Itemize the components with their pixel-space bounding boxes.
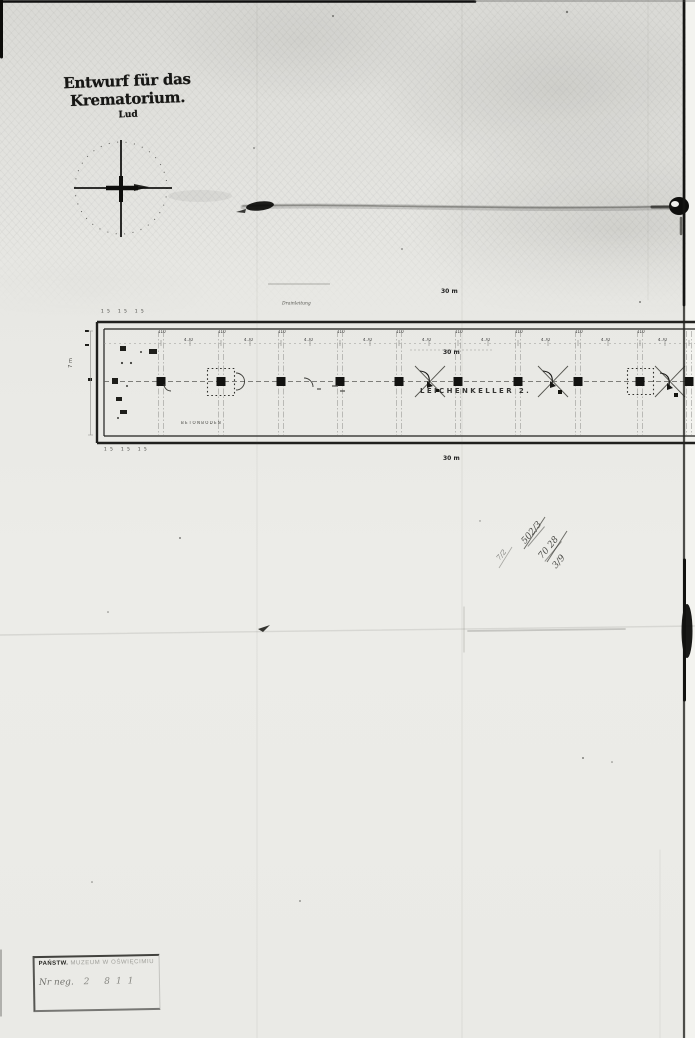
door-arcs xyxy=(164,373,313,391)
pillar-dim: 110 xyxy=(637,330,645,335)
bay-dim: 4.70 xyxy=(601,338,610,343)
floor-plan xyxy=(85,284,695,443)
pillar-dim: 110 xyxy=(575,330,583,335)
title-line-2: Krematorium. xyxy=(55,87,201,110)
ink-blot-left xyxy=(246,200,275,212)
room-label: LEICHENKELLER 2. xyxy=(420,387,531,395)
tick-labels-bottom: 15 15 15 xyxy=(104,447,150,452)
bay-dim: 4.70 xyxy=(481,338,490,343)
scan-artifacts xyxy=(0,0,695,1038)
pillar-dim: 110 xyxy=(158,330,166,335)
stamp-org-rest: MUZEUM W OŚWIĘCIMIU xyxy=(70,959,154,966)
bay-dim: 4.70 xyxy=(184,338,193,343)
drawing-title: Entwurf für das Krematorium. Lud xyxy=(54,69,201,122)
compass-rose xyxy=(74,140,232,237)
stamp-org-bold: PAŃSTW. xyxy=(39,960,69,967)
specks xyxy=(91,11,641,902)
stamp-neg-number: 2 811 xyxy=(84,976,140,987)
left-dim-line xyxy=(88,331,93,435)
tick-labels-top: 15 15 15 xyxy=(101,309,147,314)
pillar-dim: 110 xyxy=(337,330,345,335)
pillar-dim: 110 xyxy=(455,330,463,335)
pillar-dim: 110 xyxy=(515,330,523,335)
misc-dashes xyxy=(317,386,345,391)
bay-dim: 4.70 xyxy=(304,338,313,343)
drain-label: Drainleitung xyxy=(282,301,311,306)
bay-dim: 4.70 xyxy=(244,338,253,343)
pillar-dim: 110 xyxy=(396,330,404,335)
length-dim-bottom: 30 m xyxy=(443,455,460,462)
length-dim-top: 30 m xyxy=(441,288,458,295)
bay-dim: 4.70 xyxy=(658,338,667,343)
scanned-blueprint-page: Entwurf für das Krematorium. Lud LEICHEN… xyxy=(0,0,695,1038)
compass-smear xyxy=(168,190,232,202)
stamp-negative-line: Nr neg. 2 811 xyxy=(39,976,159,988)
floor-material-label: BETONBODEN xyxy=(181,421,222,426)
crease-mid xyxy=(0,626,695,635)
pillar-dim: 110 xyxy=(278,330,286,335)
museum-stamp: PAŃSTW. MUZEUM W OŚWIĘCIMIU Nr neg. 2 81… xyxy=(33,954,161,1012)
pillar-dim: 110 xyxy=(218,330,226,335)
length-dim-mid: 30 m xyxy=(443,349,460,356)
left-end-dots xyxy=(117,351,142,419)
stamp-neg-label: Nr neg. xyxy=(39,977,74,988)
stamp-org-line: PAŃSTW. MUZEUM W OŚWIĘCIMIU xyxy=(39,959,157,967)
width-dim-left: 7 m xyxy=(68,358,74,368)
bay-dim: 4.70 xyxy=(541,338,550,343)
bay-dim: 4.70 xyxy=(363,338,372,343)
bay-dim: 4.70 xyxy=(422,338,431,343)
drawing-layer xyxy=(0,0,695,1038)
column-axis-lines xyxy=(159,331,692,435)
